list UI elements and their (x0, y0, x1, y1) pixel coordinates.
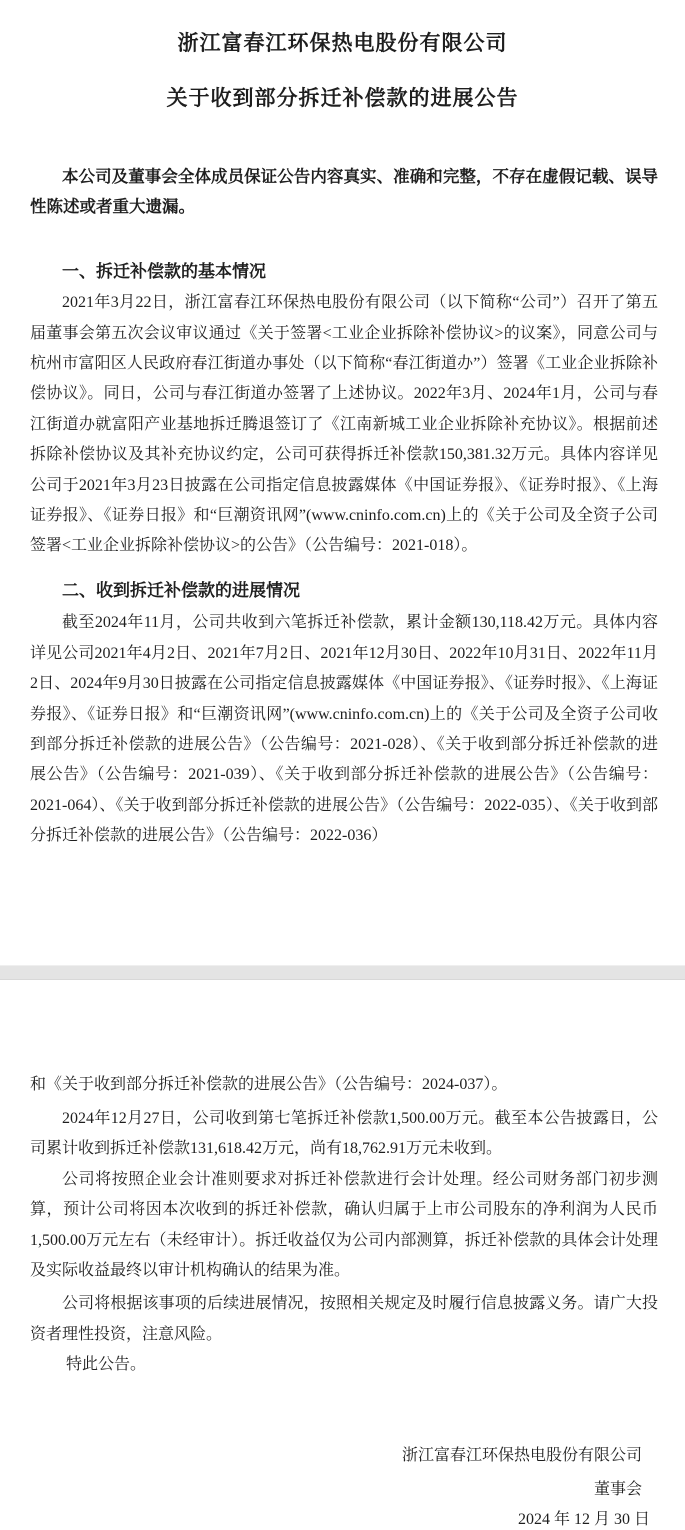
disclaimer-text: 本公司及董事会全体成员保证公告内容真实、准确和完整，不存在虚假记载、误导性陈述或… (30, 162, 658, 223)
section-1-heading: 一、拆迁补偿款的基本情况 (30, 257, 658, 287)
section-2-paragraph-part2: 和《关于收到部分拆迁补偿款的进展公告》（公告编号：2024-037）。 (30, 1070, 658, 1100)
signature-date: 2024 年 12 月 30 日 (0, 1505, 650, 1530)
section-1-paragraph: 2021年3月22日，浙江富春江环保热电股份有限公司（以下简称“公司”）召开了第… (30, 288, 658, 562)
page-subtitle: 关于收到部分拆迁补偿款的进展公告 (0, 87, 685, 111)
signature-board: 董事会 (0, 1475, 642, 1505)
paragraph-disclosure-commitment: 公司将根据该事项的后续进展情况，按照相关规定及时履行信息披露义务。请广大投资者理… (30, 1289, 658, 1350)
page-bottom-margin (0, 852, 685, 965)
section-2-heading: 二、收到拆迁补偿款的进展情况 (30, 576, 658, 606)
announcement-document: 浙江富春江环保热电股份有限公司 关于收到部分拆迁补偿款的进展公告 本公司及董事会… (0, 32, 685, 1530)
closing-statement: 特此公告。 (30, 1350, 658, 1380)
signature-company: 浙江富春江环保热电股份有限公司 (0, 1441, 642, 1471)
section-2-paragraph-part1: 截至2024年11月，公司共收到六笔拆迁补偿款，累计金额130,118.42万元… (30, 608, 658, 851)
page-top-margin (0, 980, 685, 1070)
page-title: 浙江富春江环保热电股份有限公司 (0, 32, 685, 56)
paragraph-accounting-treatment: 公司将按照企业会计准则要求对拆迁补偿款进行会计处理。经公司财务部门初步测算，预计… (30, 1165, 658, 1287)
page-separator (0, 965, 685, 980)
paragraph-seventh-payment: 2024年12月27日，公司收到第七笔拆迁补偿款1,500.00万元。截至本公告… (30, 1104, 658, 1165)
signature-block: 浙江富春江环保热电股份有限公司 董事会 2024 年 12 月 30 日 (0, 1441, 685, 1530)
